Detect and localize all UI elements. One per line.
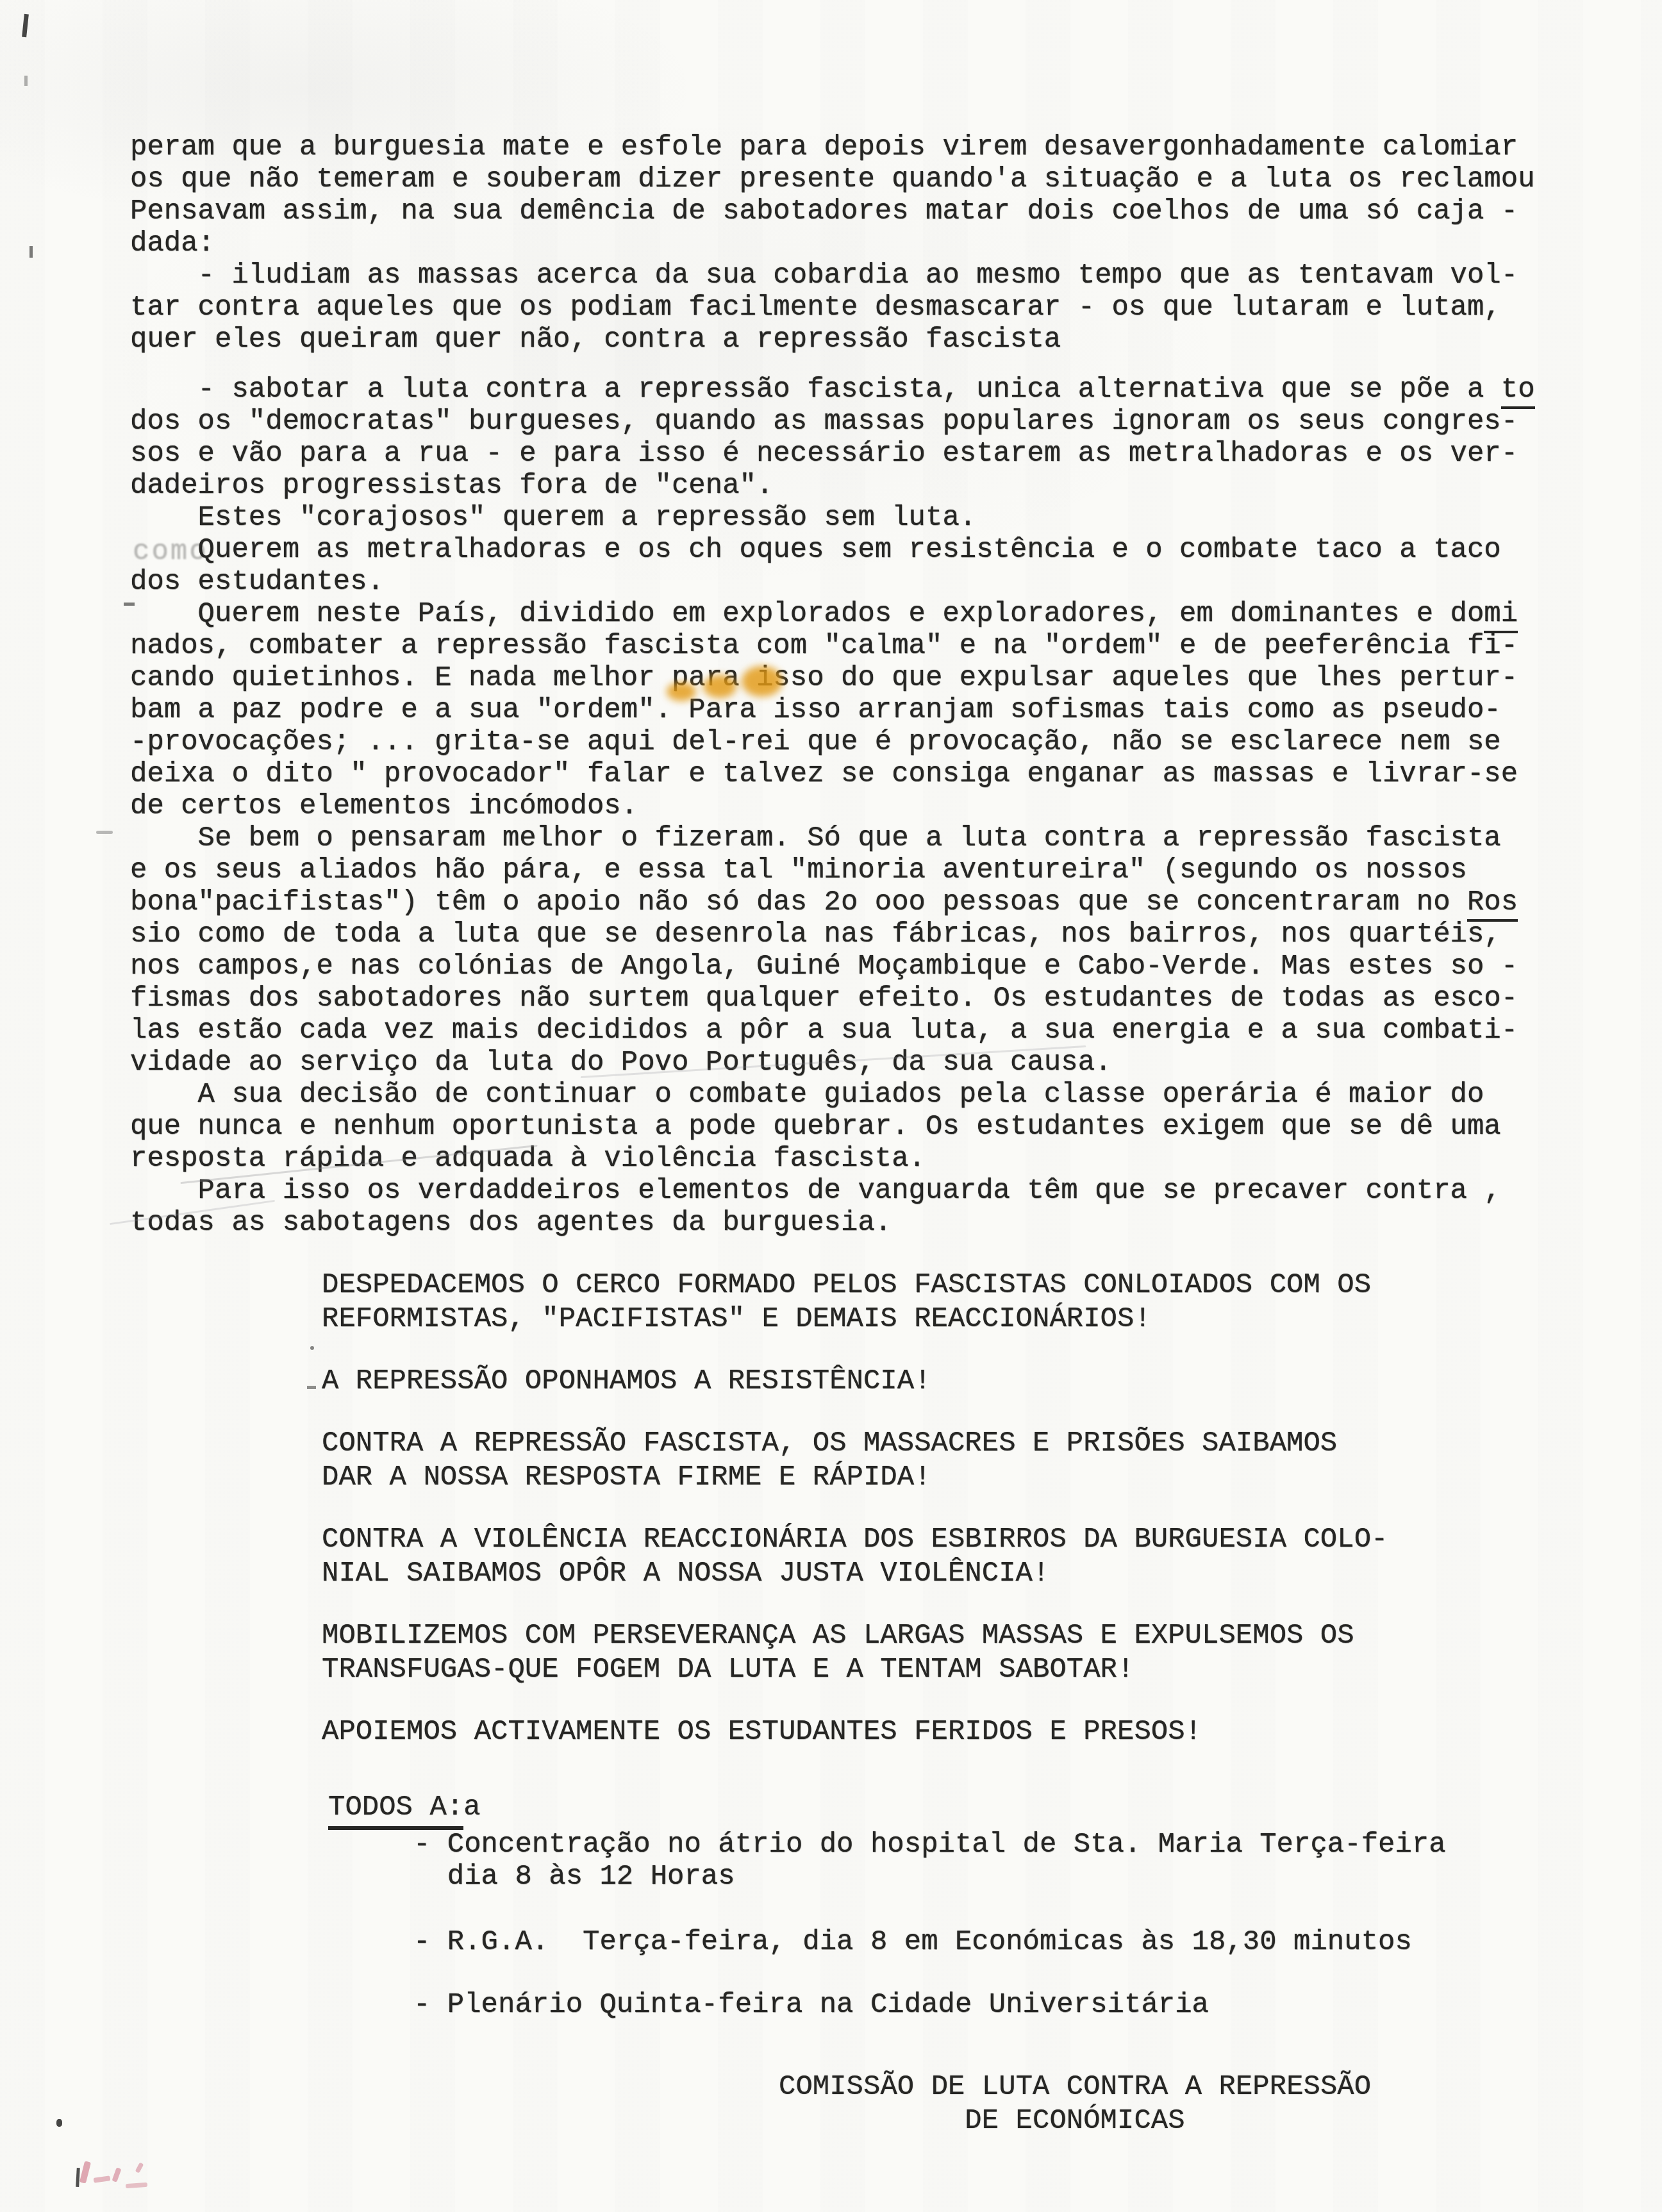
body-line-text: Querem neste País, dividido em explorado… [130, 598, 1484, 630]
orange-highlight-smudge [667, 682, 696, 701]
body-line: de certos elementos incómodos. [130, 790, 1535, 822]
body-line: las estão cada vez mais decididos a pôr … [130, 1015, 1535, 1047]
slogan-line: CONTRA A VIOLÊNCIA REACCIONÁRIA DOS ESBI… [322, 1523, 1388, 1557]
underlined-syllable: to [1501, 374, 1535, 409]
signature-line: COMISSÃO DE LUTA CONTRA A REPRESSÃO [779, 2070, 1371, 2104]
slogan-line: NIAL SAIBAMOS OPÔR A NOSSA JUSTA VIOLÊNC… [322, 1557, 1388, 1591]
body-line: sio como de toda a luta que se desenrola… [130, 919, 1535, 951]
red-pen-smudge [126, 2183, 147, 2188]
todos-heading-underlined: TODOS A: [328, 1792, 463, 1830]
todos-items: - Concentração no átrio do hospital de S… [413, 1829, 1446, 2021]
slogan: DESPEDACEMOS O CERCO FORMADO PELOS FASCI… [322, 1268, 1388, 1336]
body-line: resposta rápida e adquada à violência fa… [130, 1143, 1535, 1175]
slogan-line: CONTRA A REPRESSÃO FASCISTA, OS MASSACRE… [322, 1427, 1388, 1461]
slogan: A REPRESSÃO OPONHAMOS A RESISTÊNCIA! [322, 1365, 1388, 1399]
body-line: bam a paz podre e a sua "ordem". Para is… [130, 694, 1535, 726]
todos-item-line: dia 8 às 12 Horas [413, 1861, 1446, 1893]
slogan: CONTRA A VIOLÊNCIA REACCIONÁRIA DOS ESBI… [322, 1523, 1388, 1591]
body-line: que nunca e nenhum oportunista a pode qu… [130, 1111, 1535, 1143]
body-line: como Querem as metralhadoras e os ch oqu… [130, 534, 1535, 566]
body-line: nados, combater a repressão fascista com… [130, 630, 1535, 662]
red-pen-smudge [112, 2167, 121, 2182]
body-line: dada: [130, 228, 1535, 260]
todos-item-line: - Plenário Quinta-feira na Cidade Univer… [413, 1989, 1446, 2021]
body-line: quer eles queiram quer não, contra a rep… [130, 324, 1535, 356]
body-line: todas as sabotagens dos agentes da burgu… [130, 1207, 1535, 1239]
slogans-block: DESPEDACEMOS O CERCO FORMADO PELOS FASCI… [322, 1268, 1388, 1749]
body-line: os que não temeram e souberam dizer pres… [130, 163, 1535, 195]
slogan-line: MOBILIZEMOS COM PERSEVERANÇA AS LARGAS M… [322, 1619, 1388, 1653]
body-line: Pensavam assim, na sua demência de sabot… [130, 195, 1535, 228]
ink-mark [22, 14, 29, 38]
todos-item: - Concentração no átrio do hospital de S… [413, 1829, 1446, 1893]
body-line: e os seus aliados hão pára, e essa tal "… [130, 854, 1535, 886]
ghost-typewriter-impression: como [133, 536, 208, 568]
ink-mark [76, 2168, 80, 2187]
body-line: peram que a burguesia mate e esfole para… [130, 131, 1535, 163]
slogan: MOBILIZEMOS COM PERSEVERANÇA AS LARGAS M… [322, 1619, 1388, 1687]
body-line: sos e vão para a rua - e para isso é nec… [130, 438, 1535, 470]
body-line: Se bem o pensaram melhor o fizeram. Só q… [130, 822, 1535, 854]
underlined-syllable: Ros [1467, 886, 1518, 922]
slogan: CONTRA A REPRESSÃO FASCISTA, OS MASSACRE… [322, 1427, 1388, 1495]
body-line: dos estudantes. [130, 566, 1535, 598]
scanned-leaflet: { "page": { "colors": { "ink": "#262624"… [0, 0, 1662, 2212]
body-line: cando quietinhos. E nada melhor para iss… [130, 662, 1535, 694]
todos-heading: TODOS A:a [328, 1792, 1446, 1824]
body-line-text: bona"pacifistas") têm o apoio não só das… [130, 886, 1467, 919]
red-pen-smudge [135, 2162, 144, 2173]
body-line: Querem neste País, dividido em explorado… [130, 598, 1535, 630]
slogan-line: TRANSFUGAS-QUE FOGEM DA LUTA E A TENTAM … [322, 1653, 1388, 1687]
body-line: - sabotar a luta contra a repressão fasc… [130, 374, 1535, 406]
call-to-action-block: TODOS A:a - Concentração no átrio do hos… [328, 1792, 1446, 2021]
signature-block: COMISSÃO DE LUTA CONTRA A REPRESSÃO DE E… [779, 2070, 1371, 2138]
slogan-line: A REPRESSÃO OPONHAMOS A RESISTÊNCIA! [322, 1365, 1388, 1399]
todos-item: - Plenário Quinta-feira na Cidade Univer… [413, 1989, 1446, 2021]
body-line: Estes "corajosos" querem a repressão sem… [130, 502, 1535, 534]
body-line: tar contra aqueles que os podiam facilme… [130, 292, 1535, 324]
ink-mark [24, 76, 28, 86]
red-pen-smudge [79, 2161, 91, 2183]
ink-mark [310, 1346, 314, 1350]
todos-heading-suffix: a [463, 1792, 480, 1824]
body-line: - iludiam as massas acerca da sua cobard… [130, 260, 1535, 292]
body-line: dos os "democratas" burgueses, quando as… [130, 406, 1535, 438]
body-text: peram que a burguesia mate e esfole para… [130, 131, 1535, 1239]
red-pen-smudge [94, 2175, 111, 2183]
slogan-line: DESPEDACEMOS O CERCO FORMADO PELOS FASCI… [322, 1268, 1388, 1302]
slogan-line: DAR A NOSSA RESPOSTA FIRME E RÁPIDA! [322, 1461, 1388, 1495]
ink-mark [96, 831, 113, 834]
body-line: Para isso os verdaddeiros elementos de v… [130, 1175, 1535, 1207]
slogan: APOIEMOS ACTIVAMENTE OS ESTUDANTES FERID… [322, 1715, 1388, 1749]
underlined-syllable: mi [1484, 598, 1518, 633]
ink-mark [56, 2119, 62, 2127]
ink-mark [307, 1386, 316, 1389]
ink-mark [124, 603, 135, 606]
body-line: deixa o dito " provocador" falar e talve… [130, 758, 1535, 790]
signature-line: DE ECONÓMICAS [779, 2104, 1371, 2138]
body-line: fismas dos sabotadores não surtem qualqu… [130, 983, 1535, 1015]
body-line: bona"pacifistas") têm o apoio não só das… [130, 886, 1535, 919]
slogan-line: APOIEMOS ACTIVAMENTE OS ESTUDANTES FERID… [322, 1715, 1388, 1749]
body-line-text: - sabotar a luta contra a repressão fasc… [130, 374, 1501, 406]
todos-item-line: - Concentração no átrio do hospital de S… [413, 1829, 1446, 1861]
ink-mark [29, 246, 33, 258]
todos-item: - R.G.A. Terça-feira, dia 8 em Económica… [413, 1926, 1446, 1958]
body-line: -provocações; ... grita-se aqui del-rei … [130, 726, 1535, 758]
slogan-line: REFORMISTAS, "PACIFISTAS" E DEMAIS REACC… [322, 1302, 1388, 1336]
body-line: nos campos,e nas colónias de Angola, Gui… [130, 951, 1535, 983]
leaflet-page: peram que a burguesia mate e esfole para… [0, 0, 1662, 2212]
body-line-text: Querem as metralhadoras e os ch oques se… [130, 534, 1501, 566]
body-line: A sua decisão de continuar o combate gui… [130, 1079, 1535, 1111]
todos-item-line: - R.G.A. Terça-feira, dia 8 em Económica… [413, 1926, 1446, 1958]
body-line: dadeiros progressistas fora de "cena". [130, 470, 1535, 502]
